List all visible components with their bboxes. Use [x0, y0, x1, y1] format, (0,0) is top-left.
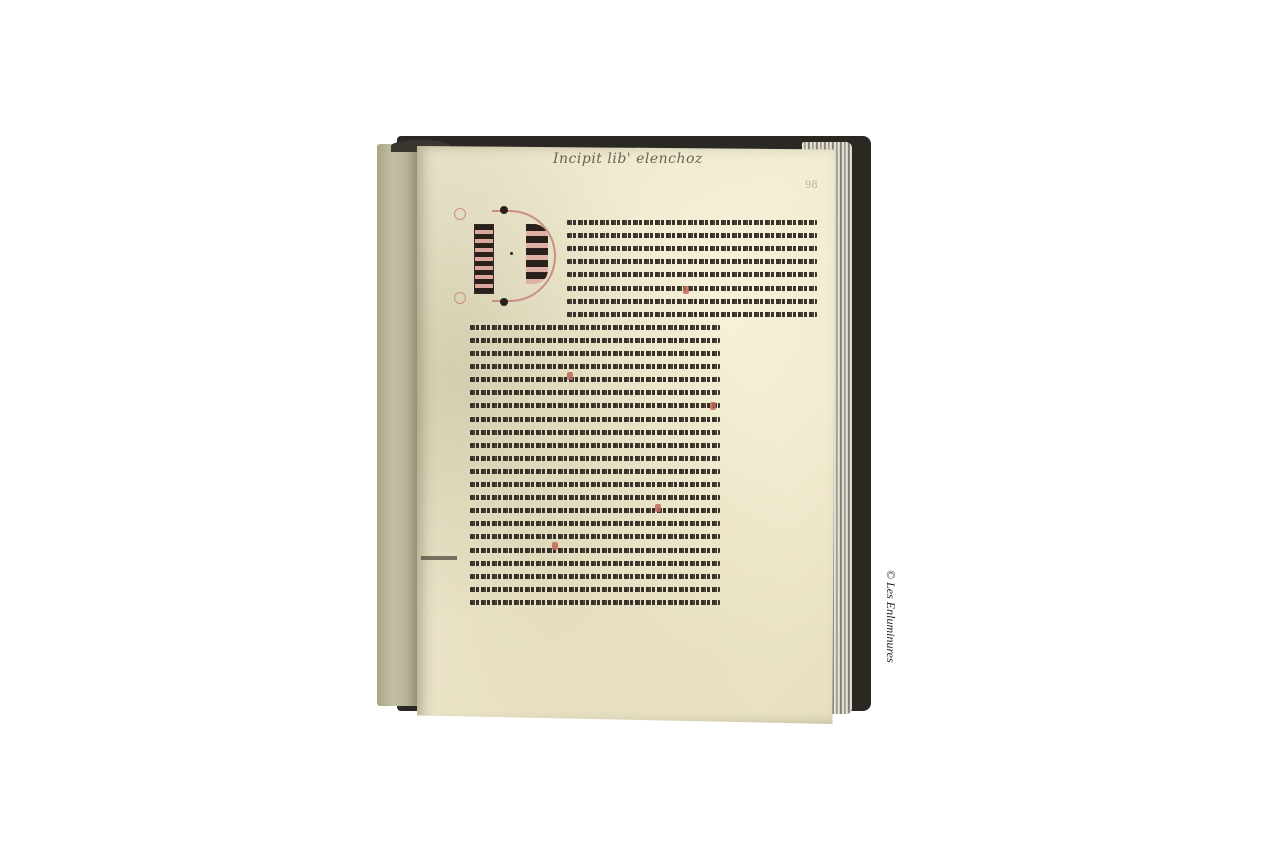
manuscript-book: Incipit lib' elenchoz 98 — [377, 136, 871, 724]
text-line — [470, 534, 720, 539]
text-line — [470, 495, 720, 500]
text-line — [470, 587, 720, 592]
text-line — [470, 364, 720, 369]
text-line — [470, 417, 720, 422]
text-line — [567, 259, 817, 264]
text-line — [470, 482, 720, 487]
text-line — [470, 574, 720, 579]
text-line — [567, 299, 817, 304]
initial-center-dot — [510, 252, 513, 255]
text-line — [470, 338, 720, 343]
initial-stem — [474, 224, 494, 294]
rubric-mark — [567, 372, 573, 380]
text-line — [567, 233, 817, 238]
initial-knob-top — [500, 206, 508, 214]
text-line — [470, 561, 720, 566]
text-line — [470, 456, 720, 461]
text-line — [470, 325, 720, 330]
initial-flourish-bottom — [454, 292, 466, 304]
text-line — [470, 469, 720, 474]
initial-flourish-top — [454, 208, 466, 220]
rubric-mark — [710, 402, 716, 410]
text-line — [567, 220, 817, 225]
decorated-initial-d — [454, 206, 558, 308]
watermark-text: © Les Enluminures — [883, 570, 898, 663]
rubric-mark — [655, 504, 661, 512]
rubric-mark — [552, 542, 558, 550]
initial-bowl-ornament — [526, 224, 548, 284]
text-line — [470, 548, 720, 553]
initial-knob-bottom — [500, 298, 508, 306]
copyright-watermark: © Les Enluminures — [884, 570, 900, 690]
rubric-mark — [683, 286, 689, 294]
text-line — [567, 312, 817, 317]
text-line — [470, 600, 720, 605]
recto-page: Incipit lib' elenchoz 98 — [417, 146, 835, 724]
text-line — [567, 272, 817, 277]
verso-page-edge — [377, 144, 419, 706]
folio-number: 98 — [805, 180, 818, 191]
text-line — [470, 443, 720, 448]
text-line — [470, 390, 720, 395]
text-line — [470, 521, 720, 526]
text-line — [470, 351, 720, 356]
header-inscription: Incipit lib' elenchoz — [553, 151, 703, 167]
text-line — [567, 246, 817, 251]
text-line — [470, 377, 720, 382]
text-line — [567, 286, 817, 291]
margin-annotation — [421, 556, 457, 560]
text-line — [470, 403, 720, 408]
text-line — [470, 508, 720, 513]
text-line — [470, 430, 720, 435]
